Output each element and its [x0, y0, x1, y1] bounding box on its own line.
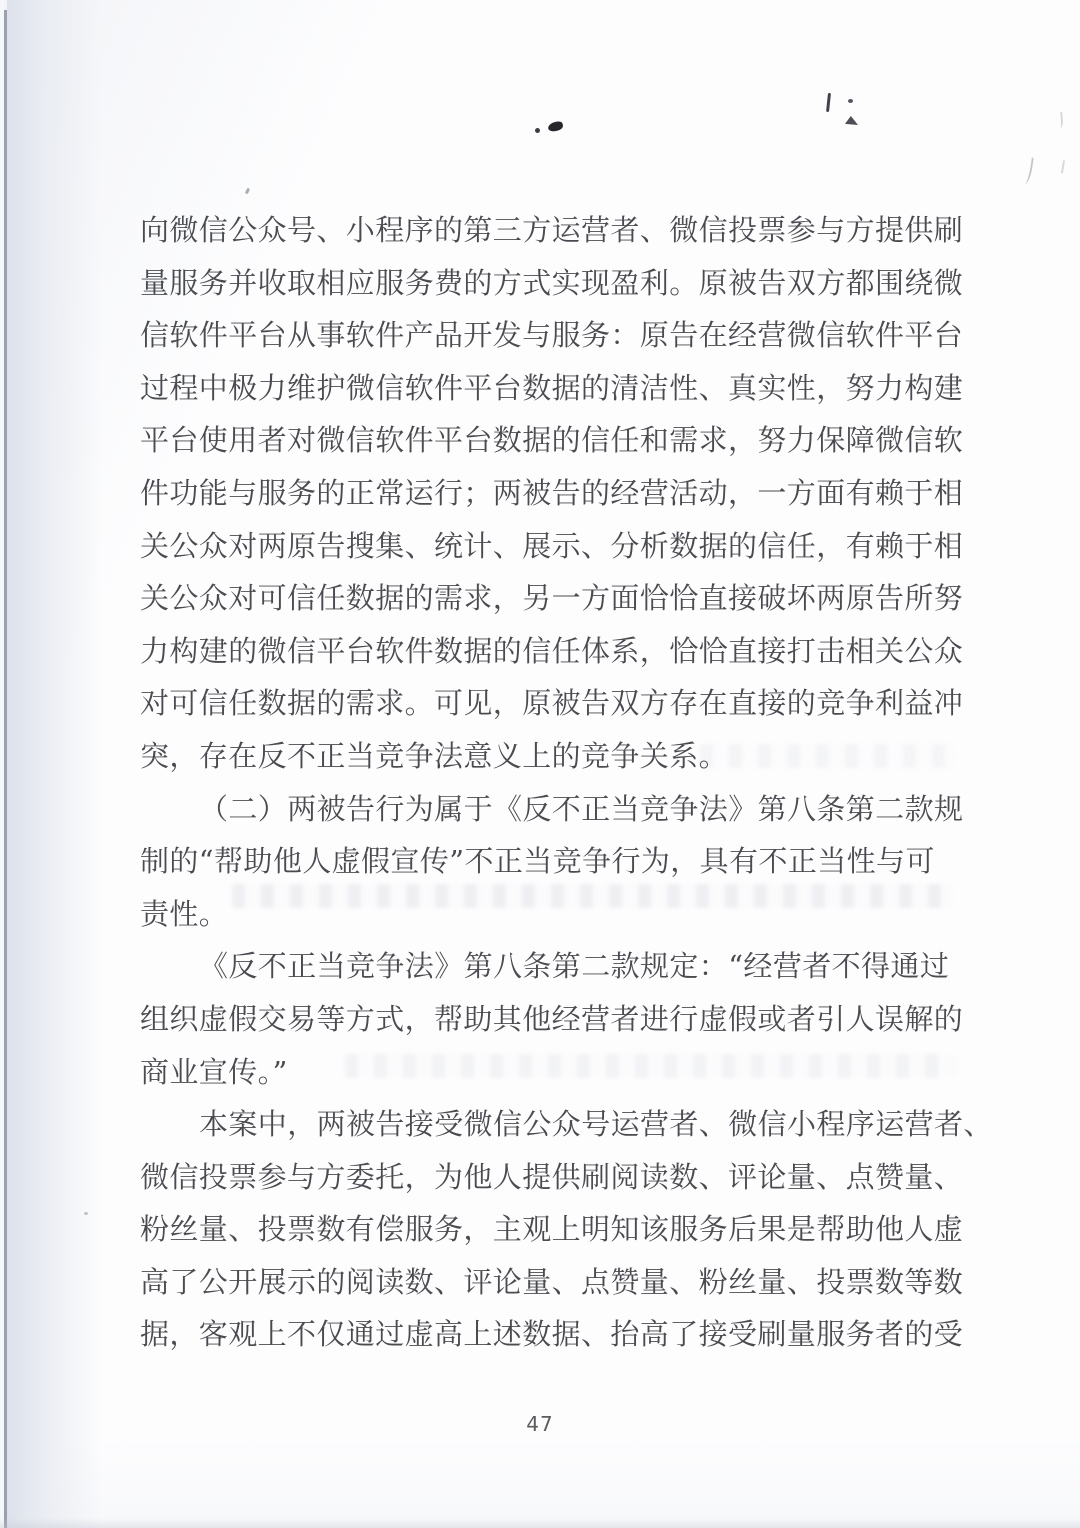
text-line: 商业宣传。” — [140, 1046, 968, 1099]
text-line: 组织虚假交易等方式，帮助其他经营者进行虚假或者引人误解的 — [140, 993, 968, 1046]
text-line: 突，存在反不正当竞争法意义上的竞争关系。 — [140, 730, 968, 783]
faint-pen-mark — [1057, 160, 1065, 174]
text-line: 件功能与服务的正常运行；两被告的经营活动，一方面有赖于相 — [140, 467, 968, 520]
scan-bottom-shadow — [0, 1518, 1080, 1528]
faint-pen-mark — [1022, 157, 1034, 185]
text-line: 制的“帮助他人虚假宣传”不正当竞争行为，具有不正当性与可 — [140, 835, 968, 888]
text-line: 力构建的微信平台软件数据的信任体系，恰恰直接打击相关公众 — [140, 625, 968, 678]
faint-pen-mark — [1056, 112, 1064, 129]
ink-triangle-mark — [845, 116, 858, 125]
text-line-paragraph-start: 《反不正当竞争法》第八条第二款规定：“经营者不得通过 — [140, 940, 968, 993]
text-line: 关公众对可信任数据的需求，另一方面恰恰直接破坏两原告所努 — [140, 572, 968, 625]
ink-dot-mark — [534, 127, 540, 133]
ink-dot-mark — [848, 99, 853, 103]
text-line: 责性。 — [140, 888, 968, 941]
scan-speck — [245, 188, 250, 195]
text-line: 粉丝量、投票数有偿服务，主观上明知该服务后果是帮助他人虚 — [140, 1203, 968, 1256]
text-line: 量服务并收取相应服务费的方式实现盈利。原被告双方都围绕微 — [140, 257, 968, 310]
page-number: 47 — [0, 1412, 1080, 1436]
scan-left-shadow — [7, 0, 102, 1528]
text-line-paragraph-start: （二）两被告行为属于《反不正当竞争法》第八条第二款规 — [140, 783, 968, 836]
text-line: 关公众对两原告搜集、统计、展示、分析数据的信任，有赖于相 — [140, 520, 968, 573]
text-line: 对可信任数据的需求。可见，原被告双方存在直接的竞争利益冲 — [140, 677, 968, 730]
text-line: 据，客观上不仅通过虚高上述数据、抬高了接受刷量服务者的受 — [140, 1308, 968, 1361]
text-line: 微信投票参与方委托，为他人提供刷阅读数、评论量、点赞量、 — [140, 1151, 968, 1204]
scanned-court-document-page: { "colors": { "text": "#4a4b50", "page_b… — [0, 0, 1080, 1528]
text-line: 过程中极力维护微信软件平台数据的清洁性、真实性，努力构建 — [140, 362, 968, 415]
judgment-body-text: 向微信公众号、小程序的第三方运营者、微信投票参与方提供刷 量服务并收取相应服务费… — [140, 204, 968, 1361]
text-line: 向微信公众号、小程序的第三方运营者、微信投票参与方提供刷 — [140, 204, 968, 257]
text-line: 高了公开展示的阅读数、评论量、点赞量、粉丝量、投票数等数 — [140, 1256, 968, 1309]
text-line: 平台使用者对微信软件平台数据的信任和需求，努力保障微信软 — [140, 414, 968, 467]
text-line: 信软件平台从事软件产品开发与服务：原告在经营微信软件平台 — [140, 309, 968, 362]
text-line-paragraph-start: 本案中，两被告接受微信公众号运营者、微信小程序运营者、 — [140, 1098, 968, 1151]
ink-tick-mark — [826, 93, 831, 112]
ink-blob-mark — [547, 121, 564, 133]
